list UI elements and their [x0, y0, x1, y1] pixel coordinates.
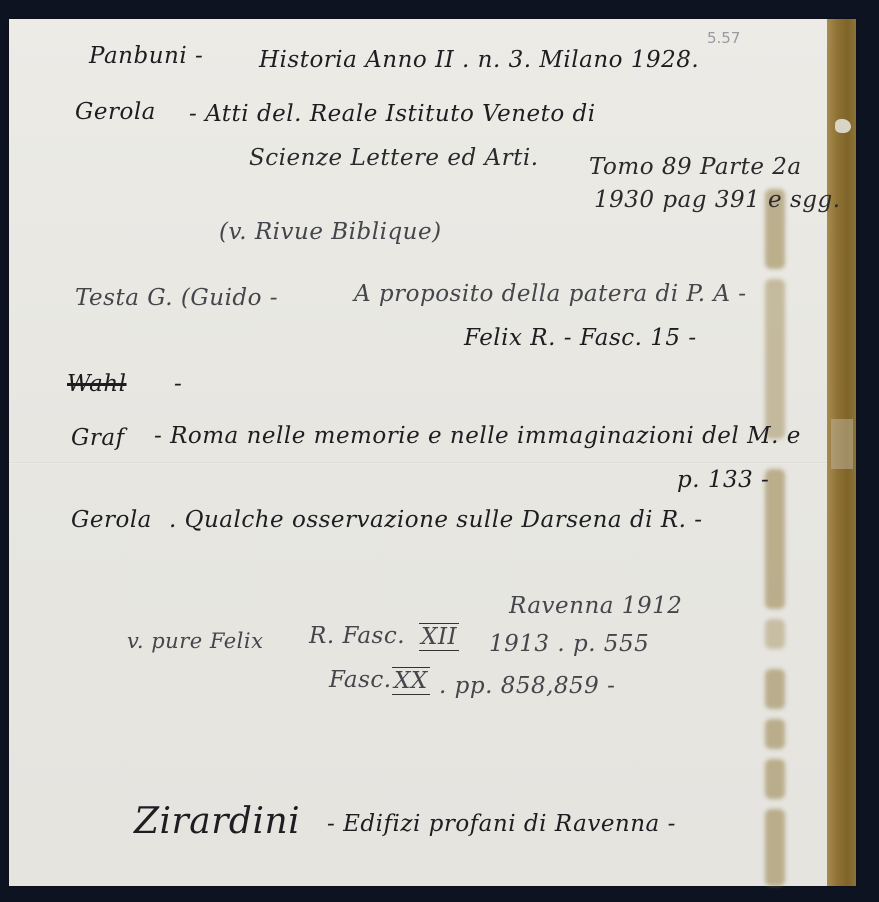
water-stain	[765, 759, 785, 799]
water-stain	[765, 809, 785, 886]
water-stain	[765, 619, 785, 649]
entry-text: 1930 pag 391 e sgg.	[594, 187, 841, 213]
entry-text: . Qualche osservazione sulle Darsena di …	[169, 507, 703, 533]
note-card: 5.57 Panbuni - Historia Anno II . n. 3. …	[9, 19, 856, 886]
entry-text: Tomo 89 Parte 2a	[589, 154, 802, 180]
entry-text: Felix R. - Fasc. 15 -	[464, 325, 697, 351]
entry-note: (v. Rivue Biblique)	[219, 219, 442, 245]
entry-text: A proposito della patera di P. A -	[354, 281, 747, 307]
entry-text: Fasc.	[329, 667, 392, 693]
water-stain	[765, 719, 785, 749]
entry-text: Scienze Lettere ed Arti.	[249, 145, 539, 171]
entry-text: - Atti del. Reale Istituto Veneto di	[189, 101, 596, 127]
entry-text: Historia Anno II . n. 3. Milano 1928.	[259, 47, 699, 73]
fasc-number-boxed: XII	[419, 623, 459, 651]
entry-author: Panbuni -	[89, 43, 203, 69]
struck-author: Wahl	[67, 371, 127, 397]
entry-author: Graf	[71, 425, 125, 451]
lighter-patch	[831, 419, 853, 469]
entry-author: Gerola	[71, 507, 152, 533]
entry-text: . pp. 858,859 -	[439, 673, 615, 699]
edge-stain	[827, 19, 856, 886]
entry-author: Gerola	[75, 99, 156, 125]
fold-crease	[9, 462, 856, 464]
fasc-number-boxed: XX	[392, 667, 430, 695]
entry-text: R. Fasc.	[309, 623, 405, 649]
entry-text: - Edifizi profani di Ravenna -	[327, 811, 676, 837]
entry-author: v. pure Felix	[127, 629, 263, 653]
entry-text: p. 133 -	[677, 467, 769, 493]
entry-author: Testa G. (Guido -	[75, 285, 278, 311]
entry-text: Ravenna 1912	[509, 593, 682, 619]
water-stain	[765, 669, 785, 709]
entry-author: Zirardini	[134, 801, 300, 842]
archive-number: 5.57	[707, 29, 740, 47]
entry-text: - Roma nelle memorie e nelle immaginazio…	[154, 423, 801, 449]
dash: -	[174, 371, 182, 397]
torn-spot	[835, 119, 851, 133]
entry-text: 1913 . p. 555	[489, 631, 649, 657]
water-stain	[765, 279, 785, 439]
